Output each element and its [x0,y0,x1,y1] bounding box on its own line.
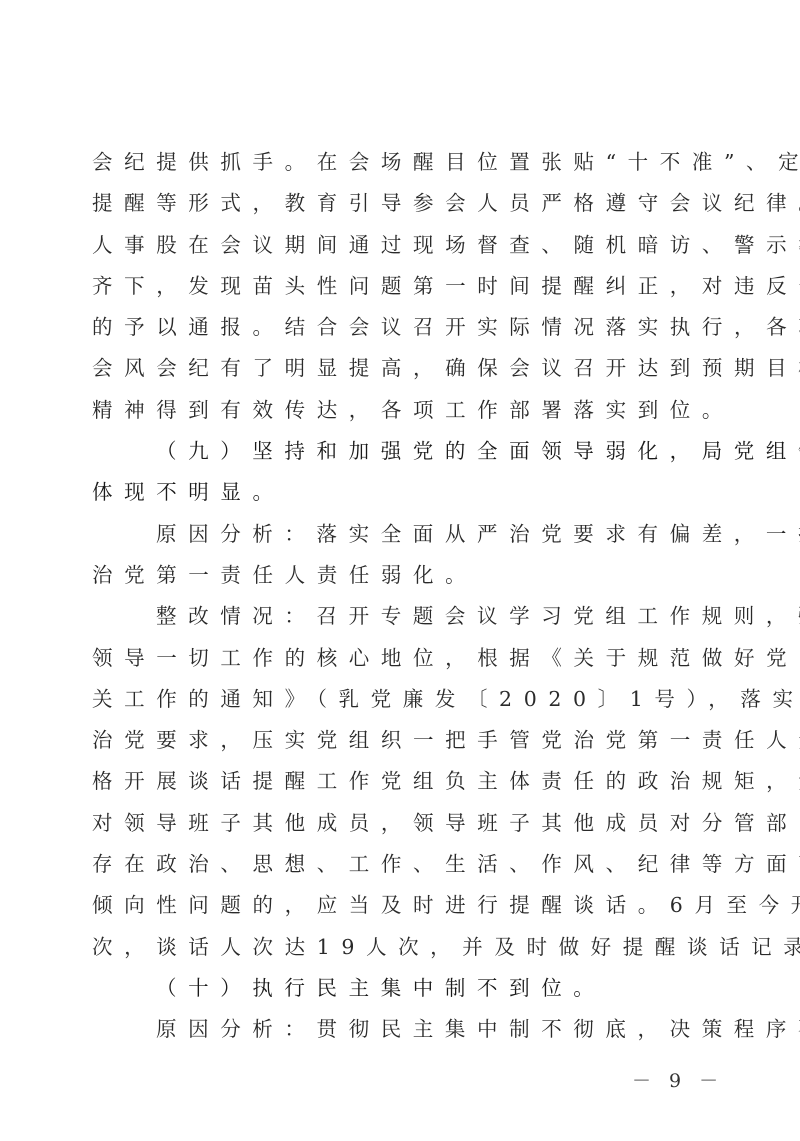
text-line: 的予以通报。结合会议召开实际情况落实执行，各项会议的 [92,307,714,348]
text-line: 关工作的通知》（乳党廉发〔2020〕1号），落实全面从严 [92,679,714,720]
page-number: － 9 － [632,1066,724,1093]
text-line: 领导一切工作的核心地位，根据《关于规范做好党内谈话相 [92,638,714,679]
text-line: 齐下，发现苗头性问题第一时间提醒纠正，对违反会风会纪 [92,266,714,307]
text-line: 倾向性问题的，应当及时进行提醒谈话。6月至今开展谈话7 [92,885,714,926]
cause-analysis-paragraph: 原因分析：贯彻民主集中制不彻底，决策程序不严格， [92,1009,714,1050]
section-heading-9: （九）坚持和加强党的全面领导弱化，局党组领导地位 [92,431,714,472]
section-heading-9-cont: 体现不明显。 [92,472,714,513]
text-line: 治党要求，压实党组织一把手管党治党第一责任人责任。严 [92,720,714,761]
text-line: 精神得到有效传达，各项工作部署落实到位。 [92,390,714,431]
text-line: 会纪提供抓手。在会场醒目位置张贴“十不准”、定时短信 [92,142,714,183]
text-line: 对领导班子其他成员，领导班子其他成员对分管部门，发现 [92,803,714,844]
text-line: 次，谈话人次达19人次，并及时做好提醒谈话记录表。 [92,927,714,968]
text-line: 存在政治、思想、工作、生活、作风、纪律等方面苗头性、 [92,844,714,885]
document-body: 会纪提供抓手。在会场醒目位置张贴“十不准”、定时短信 提醒等形式，教育引导参会人… [92,142,714,1051]
rectification-paragraph: 整改情况：召开专题会议学习党组工作规则，强化党组 [92,596,714,637]
text-line: 提醒等形式，教育引导参会人员严格遵守会议纪律。办公室、 [92,183,714,224]
text-line: 人事股在会议期间通过现场督查、随机暗访、警示教育三管 [92,225,714,266]
section-heading-10: （十）执行民主集中制不到位。 [92,968,714,1009]
text-line: 格开展谈话提醒工作党组负主体责任的政治规矩，党组书记 [92,761,714,802]
text-line: 会风会纪有了明显提高，确保会议召开达到预期目标，相关 [92,348,714,389]
cause-analysis-paragraph: 原因分析：落实全面从严治党要求有偏差，一把手管党 [92,514,714,555]
text-line: 治党第一责任人责任弱化。 [92,555,714,596]
